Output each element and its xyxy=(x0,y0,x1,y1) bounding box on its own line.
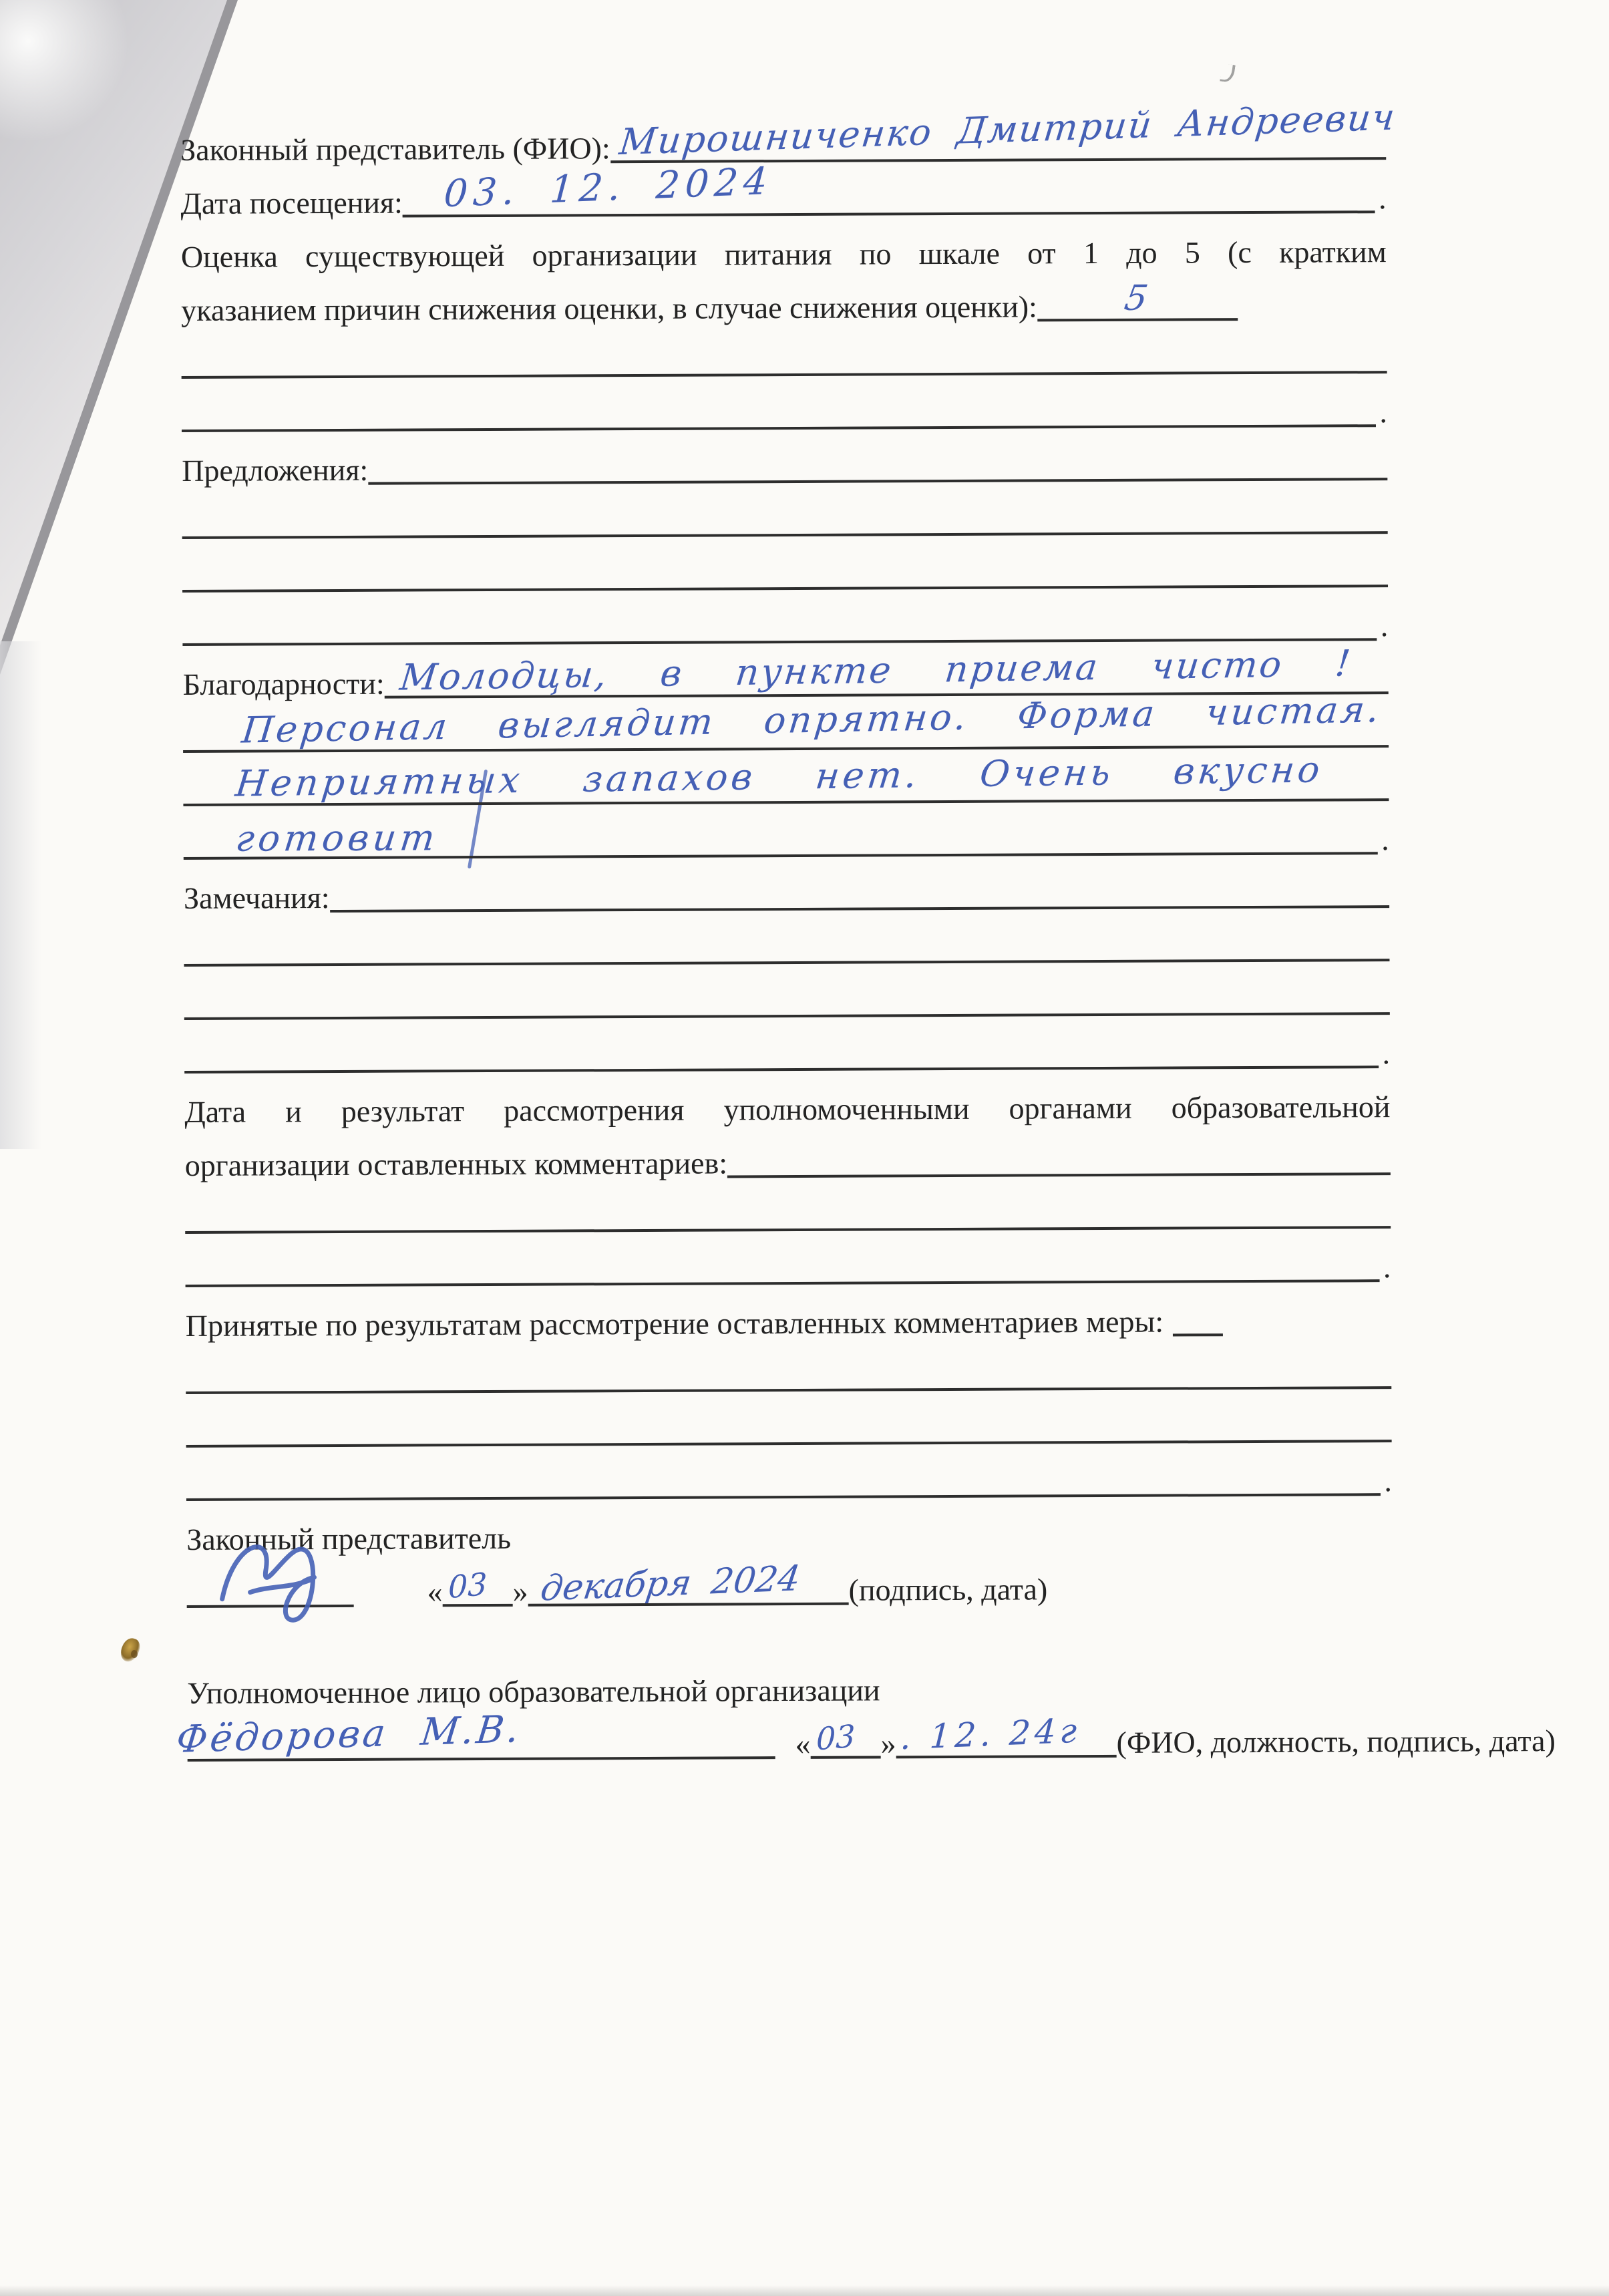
ruled-line xyxy=(184,912,1389,967)
legal-rep-signature-squiggle xyxy=(210,1513,371,1637)
authorized-date-line: . 12. 24г xyxy=(896,1708,1116,1758)
line-end-period: . xyxy=(1375,172,1387,225)
ruled-line xyxy=(182,591,1377,646)
legal-rep-signature-line xyxy=(186,1558,353,1608)
quote-close: » xyxy=(880,1717,896,1770)
ruled-line xyxy=(184,1019,1379,1074)
ruled-line xyxy=(184,965,1390,1020)
legal-rep-signature-caption: (подпись, дата) xyxy=(848,1563,1047,1617)
authorized-signature-row: Фёдорова М.В. « 03 » . 12. 24г (ФИО, дол… xyxy=(187,1715,1393,1774)
legal-rep-handwritten-month-year: декабря 2024 xyxy=(538,1559,803,1609)
gratitude-line-3: Неприятных запахов нет. Очень вкусно xyxy=(183,752,1389,806)
ruled-line xyxy=(182,377,1376,432)
line-end-period: . xyxy=(1380,1454,1392,1508)
small-ink-mark xyxy=(1220,63,1236,84)
authorized-signature-caption: (ФИО, должность, подпись, дата) xyxy=(1116,1714,1556,1770)
authorized-handwritten-name: Фёдорова М.В. xyxy=(174,1707,524,1762)
authorized-handwritten-date: . 12. 24г xyxy=(900,1711,1082,1758)
legal-representative-handwritten-name: Мирошниченко Дмитрий Андреевич xyxy=(617,96,1398,163)
blank-line: . xyxy=(184,1027,1390,1086)
gratitude-line-4: готовит xyxy=(183,805,1377,860)
ruled-line xyxy=(182,538,1388,593)
suggestions-line xyxy=(368,431,1387,485)
quote-open: « xyxy=(795,1717,810,1771)
legal-rep-day-line: 03 xyxy=(442,1557,512,1607)
measures-line xyxy=(1173,1287,1223,1336)
legal-rep-date-line: декабря 2024 xyxy=(528,1556,848,1607)
ruled-line xyxy=(186,1446,1381,1501)
gratitude-line-2: Персонал выглядит опрятно. Форма чистая. xyxy=(183,698,1389,753)
authorized-name-line: Фёдорова М.В. xyxy=(187,1709,775,1762)
scan-edge-shading xyxy=(0,641,41,1149)
field-visit-date: Дата посещения: 03. 12. 2024 . xyxy=(180,172,1386,230)
visit-date-handwritten-value: 03. 12. 2024 xyxy=(443,160,774,216)
ruled-line xyxy=(181,324,1387,379)
line-end-period: . xyxy=(1379,1241,1391,1294)
legal-rep-signature-row: « 03 » декабря 2024 (подпись, дата) xyxy=(186,1561,1392,1620)
rating-handwritten-value: 5 xyxy=(1121,279,1150,319)
visit-date-line: 03. 12. 2024 xyxy=(403,164,1375,217)
blank-line: . xyxy=(186,1454,1392,1513)
remarks-line xyxy=(329,858,1389,913)
quote-close: » xyxy=(512,1565,528,1619)
review-result-line xyxy=(727,1126,1391,1178)
authorized-handwritten-day: 03 xyxy=(816,1717,856,1758)
ruled-line xyxy=(185,1179,1391,1234)
gratitude-handwritten-line-1: Молодцы, в пункте приема чисто ! xyxy=(398,642,1355,698)
visit-date-label: Дата посещения: xyxy=(180,176,403,230)
scan-bottom-edge xyxy=(0,2285,1609,2296)
authorized-day-line: 03 xyxy=(810,1709,880,1758)
legal-rep-handwritten-day: 03 xyxy=(448,1566,488,1606)
ruled-line xyxy=(182,484,1387,539)
paper-speck xyxy=(118,1636,142,1664)
ruled-line xyxy=(185,1233,1379,1287)
rating-line: 5 xyxy=(1037,271,1238,321)
form-page: Законный представитель (ФИО): Мирошничен… xyxy=(180,118,1393,1774)
quote-open: « xyxy=(427,1565,442,1619)
line-end-period: . xyxy=(1378,1027,1390,1080)
gratitude-handwritten-line-3: Неприятных запахов нет. Очень вкусно xyxy=(233,748,1325,804)
gratitude-handwritten-line-4: готовит xyxy=(234,816,441,859)
ruled-line xyxy=(186,1393,1391,1448)
ruled-line xyxy=(186,1339,1391,1394)
legal-representative-line: Мирошниченко Дмитрий Андреевич xyxy=(610,110,1387,163)
paper-speck-dot xyxy=(131,1650,138,1658)
